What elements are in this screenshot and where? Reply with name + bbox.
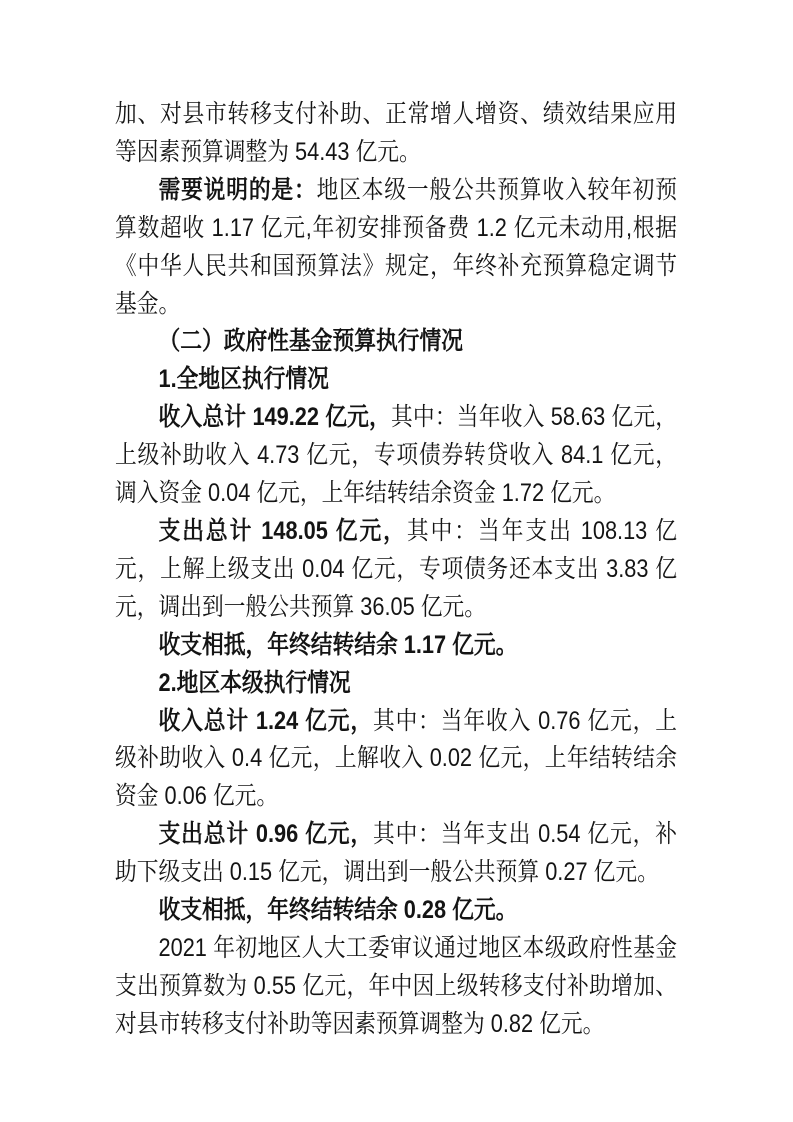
paragraph-local-expenditure-total: 支出总计 0.96 亿元，其中：当年支出 0.54 亿元，补助下级支出 0.15… (115, 816, 677, 892)
heading-subsection-local-execution: 2.地区本级执行情况 (115, 665, 677, 703)
bold-run: 支出总计 0.96 亿元， (159, 820, 373, 848)
paragraph-region-revenue-total: 收入总计 149.22 亿元，其中：当年收入 58.63 亿元，上级补助收入 4… (115, 399, 677, 513)
bold-run: 收支相抵，年终结转结余 0.28 亿元。 (159, 896, 518, 924)
text-run: 2021 年初地区人大工委审议通过地区本级政府性基金支出预算数为 0.55 亿元… (115, 934, 677, 1038)
heading-subsection-region-execution: 1.全地区执行情况 (115, 361, 677, 399)
paragraph-fund-budget-adjustment-2021: 2021 年初地区人大工委审议通过地区本级政府性基金支出预算数为 0.55 亿元… (115, 930, 677, 1044)
bold-run: （二）政府性基金预算执行情况 (159, 327, 464, 355)
paragraph-region-balance: 收支相抵，年终结转结余 1.17 亿元。 (115, 627, 677, 665)
bold-run: 支出总计 148.05 亿元， (159, 517, 407, 545)
text-run: 加、对县市转移支付补助、正常增人增资、绩效结果应用等因素预算调整为 54.43 … (115, 100, 677, 166)
heading-section-govt-fund-budget: （二）政府性基金预算执行情况 (115, 323, 677, 361)
bold-run: 收入总计 1.24 亿元， (159, 707, 373, 735)
bold-run: 2.地区本级执行情况 (159, 669, 351, 697)
document-body: 加、对县市转移支付补助、正常增人增资、绩效结果应用等因素预算调整为 54.43 … (115, 96, 677, 1044)
paragraph-local-revenue-total: 收入总计 1.24 亿元，其中：当年收入 0.76 亿元，上级补助收入 0.4 … (115, 703, 677, 817)
paragraph-budget-adjustment-continuation: 加、对县市转移支付补助、正常增人增资、绩效结果应用等因素预算调整为 54.43 … (115, 96, 677, 172)
document-page: 加、对县市转移支付补助、正常增人增资、绩效结果应用等因素预算调整为 54.43 … (0, 0, 793, 1122)
paragraph-local-balance: 收支相抵，年终结转结余 0.28 亿元。 (115, 892, 677, 930)
bold-run: 收支相抵，年终结转结余 1.17 亿元。 (159, 631, 518, 659)
bold-run: 收入总计 149.22 亿元， (159, 403, 391, 431)
bold-run: 需要说明的是： (159, 176, 317, 204)
paragraph-region-expenditure-total: 支出总计 148.05 亿元，其中：当年支出 108.13 亿元，上解上级支出 … (115, 513, 677, 627)
paragraph-explanation-note: 需要说明的是：地区本级一般公共预算收入较年初预算数超收 1.17 亿元,年初安排… (115, 172, 677, 324)
bold-run: 1.全地区执行情况 (159, 365, 329, 393)
